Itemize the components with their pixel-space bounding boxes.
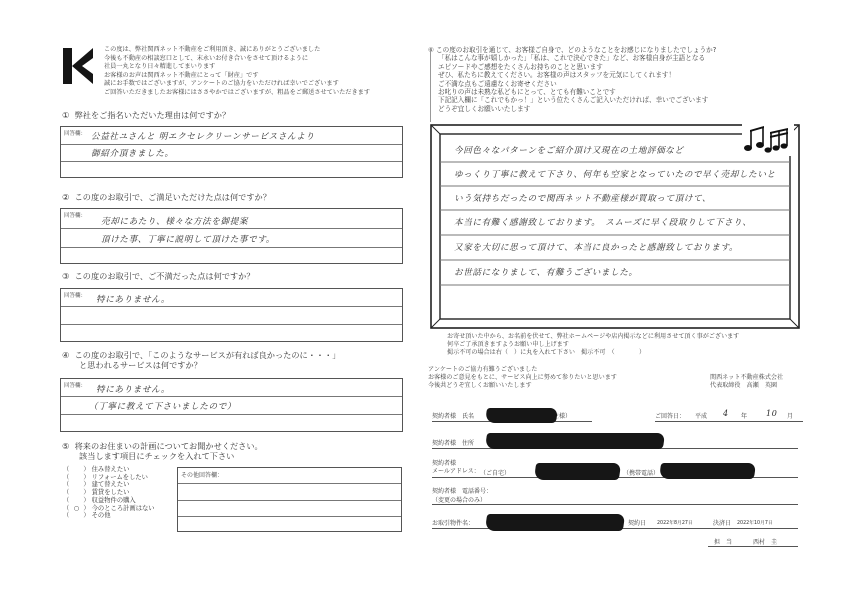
thanks-line: アンケートのご協力有難うございました	[428, 366, 617, 374]
redacted-address	[485, 433, 665, 449]
answer-line: 頂けた事、丁寧に説明して頂けた事です。	[101, 233, 275, 245]
option-label: 収益物件の購入	[92, 497, 136, 504]
answer-line: 今回色々なパターンをご紹介頂け又現在の土地評価など	[454, 144, 684, 156]
settlement-date-label: 決済日	[713, 518, 731, 527]
intro-text: この度は、弊社関西ネット不動産をご利用頂き、誠にありがとうございました 今後も不…	[104, 46, 370, 98]
answer-line: ゆっくり丁寧に教えて下さり、何年も空家となっていたので早く売却したいと	[454, 168, 776, 180]
question-number: ④	[62, 350, 69, 360]
other-answer-label: その他回答欄：	[181, 470, 223, 479]
contract-date: 2022年8月27日	[657, 519, 693, 526]
option-label: 今のところ計画はない	[92, 505, 155, 512]
email-home-label: （ご自宅）	[480, 468, 510, 477]
answer-line: 又家を大切に思って頂けて、本当に良かったと感謝致しております。	[454, 241, 738, 253]
question-number: ⑤	[62, 441, 69, 451]
intro-line: 誠にお手数ではございますが、アンケートのご協力をいただければ幸いでございます	[104, 80, 370, 89]
answer-label: 回答欄：	[64, 129, 86, 137]
answer-box-1[interactable]: 回答欄： 公益社ユさんと 明エクセレクリーンサービスさんより 御紹介頂きました。	[60, 126, 403, 178]
reply-date-label: ご回答日：	[655, 413, 685, 420]
representative-name: 代表取締役 高瀬 英園	[710, 382, 783, 390]
answer-line: 売却にあたり、様々な方法を御提案	[101, 215, 248, 227]
answer-box-4[interactable]: 回答欄： 特にありません。 （丁寧に教えて下さいましたので）	[60, 378, 403, 432]
staff-field: 担 当 西村 圭	[708, 537, 798, 547]
question-text: この度のお取引で、「このようなサービスが有れば良かったのに・・・」	[75, 350, 341, 360]
option-label: 住み替えたい	[92, 466, 130, 473]
answer-line: （丁寧に教えて下さいましたので）	[89, 400, 236, 412]
check-mark: ○	[71, 505, 81, 513]
question-text: この度のお取引で、ご不満だった点は何ですか？	[75, 271, 255, 281]
checklist-item[interactable]: （ ） その他	[63, 512, 155, 520]
answer-line: 御紹介頂きました。	[91, 147, 174, 159]
redacted-property	[485, 514, 625, 531]
redacted-email-mobile	[659, 463, 756, 479]
intro-line: ご回答いただきましたお客様にはささやかではございますが、粗品をご郵送させていただ…	[104, 89, 370, 98]
prompt-line: 下記記入欄に「これでもかっ！」という位たくさんご記入いただければ、幸いでございま…	[428, 96, 716, 104]
checklist-item[interactable]: （ ） 収益物件の購入	[63, 497, 155, 505]
q6-answer-frame[interactable]: 今回色々なパターンをご紹介頂け又現在の土地評価など ゆっくり丁寧に教えて下さり、…	[430, 124, 800, 329]
year-unit: 年	[741, 411, 747, 420]
consent-line: お寄せ頂いた中から、お名前を伏せて、弊社ホームページや店内掲示などに利用させて頂…	[447, 333, 739, 341]
question-5: ⑤ 将来のお住まいの計画についてお聞かせください。 該当します項目にチェックを入…	[62, 441, 263, 461]
display-not-allowed-checkbox[interactable]: 掲示不可の場合は右（ ）に丸を入れて下さい 掲示不可 （ ）	[447, 349, 739, 357]
prompt-line: ぜひ、私たちに教えてください。お客様の声はスタッフを元気にしてくれます！	[428, 71, 716, 79]
company-name: 関西ネット不動産株式会社	[710, 374, 783, 382]
reply-month: 10	[766, 409, 777, 418]
redacted-email-home	[534, 463, 621, 480]
plan-checklist: （ ） 住み替えたい （ ） リフォームをしたい （ ） 建て替えたい （ ） …	[63, 466, 155, 520]
q6-prompt: ⑥ この度のお取引を通じて、お客様ご自身で、どのようなことをお感じになりましたで…	[428, 46, 716, 113]
question-text: この度のお取引で、ご満足いただけた点は何ですか？	[75, 192, 271, 202]
question-text: 弊社をご指名いただいた理由は何ですか？	[75, 110, 231, 120]
question-1: ① 弊社をご指名いただいた理由は何ですか？	[62, 110, 230, 120]
prompt-line: エピソードやご感想をたくさんお持ちのことと思います	[428, 63, 716, 71]
thanks-line: 今後共どうぞ宜しくお願いいたします	[428, 382, 617, 390]
answer-box-2[interactable]: 回答欄： 売却にあたり、様々な方法を御提案 頂けた事、丁寧に説明して頂けた事です…	[60, 208, 403, 264]
answer-label: 回答欄：	[64, 211, 86, 219]
staff-label: 担 当	[714, 537, 732, 546]
answer-label: 回答欄：	[64, 291, 86, 299]
question-text-2: と思われるサービスは何ですか？	[62, 360, 341, 370]
phone-label-2: （変更の場合のみ）	[432, 496, 798, 505]
question-number: ②	[62, 192, 69, 202]
prompt-divider	[430, 48, 431, 122]
staff-name: 西村 圭	[753, 537, 777, 546]
question-4: ④ この度のお取引で、「このようなサービスが有れば良かったのに・・・」 と思われ…	[62, 350, 341, 370]
intro-line: 社員一丸となり日々精進してまいります	[104, 63, 370, 72]
k-logo-icon	[63, 48, 93, 84]
email-mobile-label: （携帯電話）	[623, 468, 659, 477]
answer-box-3[interactable]: 回答欄： 特にありません。	[60, 288, 403, 342]
question-number: ③	[62, 271, 69, 281]
prompt-line: この度のお取引を通じて、お客様ご自身で、どのようなことをお感じになりましたでしょ…	[436, 46, 716, 54]
question-text: 将来のお住まいの計画についてお聞かせください。	[75, 441, 263, 451]
prompt-line: 「私はこんな事が嬉しかった」「私は、これで決心できた」など、お客様自身が主語とな…	[428, 54, 716, 62]
intro-line: 今後も不動産の相談窓口として、末永いお付き合いをさせて頂けるように	[104, 55, 370, 64]
prompt-line: ご不満な点もご遠慮なくお寄せください	[428, 80, 716, 88]
answer-line: 公益社ユさんと 明エクセレクリーンサービスさんより	[91, 130, 315, 142]
other-answer-box[interactable]: その他回答欄：	[177, 467, 402, 532]
answer-line: いう気持ちだったので関西ネット不動産様が買取って頂けて、	[454, 192, 711, 204]
redacted-name	[485, 408, 558, 423]
answer-label: 回答欄：	[64, 381, 86, 389]
checklist-item[interactable]: （ ） 住み替えたい	[63, 466, 155, 474]
phone-field[interactable]: 契約者様 電話番号： （変更の場合のみ）	[432, 487, 798, 505]
answer-line: 特にありません。	[96, 293, 170, 305]
checklist-item[interactable]: （ ） 建て替えたい	[63, 481, 155, 489]
prompt-line: どうぞ宜しくお願いいたします	[428, 105, 716, 113]
question-text-2: 該当します項目にチェックを入れて下さい	[62, 451, 263, 461]
question-2: ② この度のお取引で、ご満足いただけた点は何ですか？	[62, 192, 271, 202]
answer-line: 本当に有難く感謝致しております。 スムーズに早く段取りして下さり、	[454, 216, 752, 228]
consent-notice: お寄せ頂いた中から、お名前を伏せて、弊社ホームページや店内掲示などに利用させて頂…	[447, 333, 739, 358]
reply-date-field[interactable]: ご回答日： 平成 4 年 10 月	[655, 411, 803, 422]
reply-year: 4	[723, 409, 729, 418]
address-label: 契約者様 住所	[432, 440, 474, 447]
intro-line: この度は、弊社関西ネット不動産をご利用頂き、誠にありがとうございました	[104, 46, 370, 55]
question-number: ①	[62, 110, 69, 120]
option-label: リフォームをしたい	[92, 474, 148, 481]
answer-line: 特にありません。	[96, 383, 170, 395]
option-label: その他	[92, 512, 111, 519]
company-signature: 関西ネット不動産株式会社 代表取締役 高瀬 英園	[710, 374, 783, 390]
question-3: ③ この度のお取引で、ご不満だった点は何ですか？	[62, 271, 255, 281]
phone-label: 契約者様 電話番号：	[432, 487, 798, 496]
option-label: 賃貸をしたい	[92, 489, 130, 496]
era: 平成	[695, 411, 707, 420]
option-label: 建て替えたい	[92, 481, 130, 488]
answer-line: お世話になりまして、有難うございました。	[454, 266, 638, 278]
checklist-item[interactable]: （ ） 賃貸をしたい	[63, 489, 155, 497]
company-logo	[63, 48, 93, 84]
settlement-date: 2022年10月7日	[737, 519, 773, 526]
contract-date-label: 契約日	[628, 518, 646, 527]
thanks-message: アンケートのご協力有難うございました お客様のご意見をもとに、サービス向上に努め…	[428, 366, 617, 391]
music-notes-icon	[742, 122, 794, 160]
month-unit: 月	[787, 411, 793, 420]
name-label: 契約者様 氏名	[432, 413, 474, 420]
property-label: お取引物件名：	[432, 520, 474, 527]
